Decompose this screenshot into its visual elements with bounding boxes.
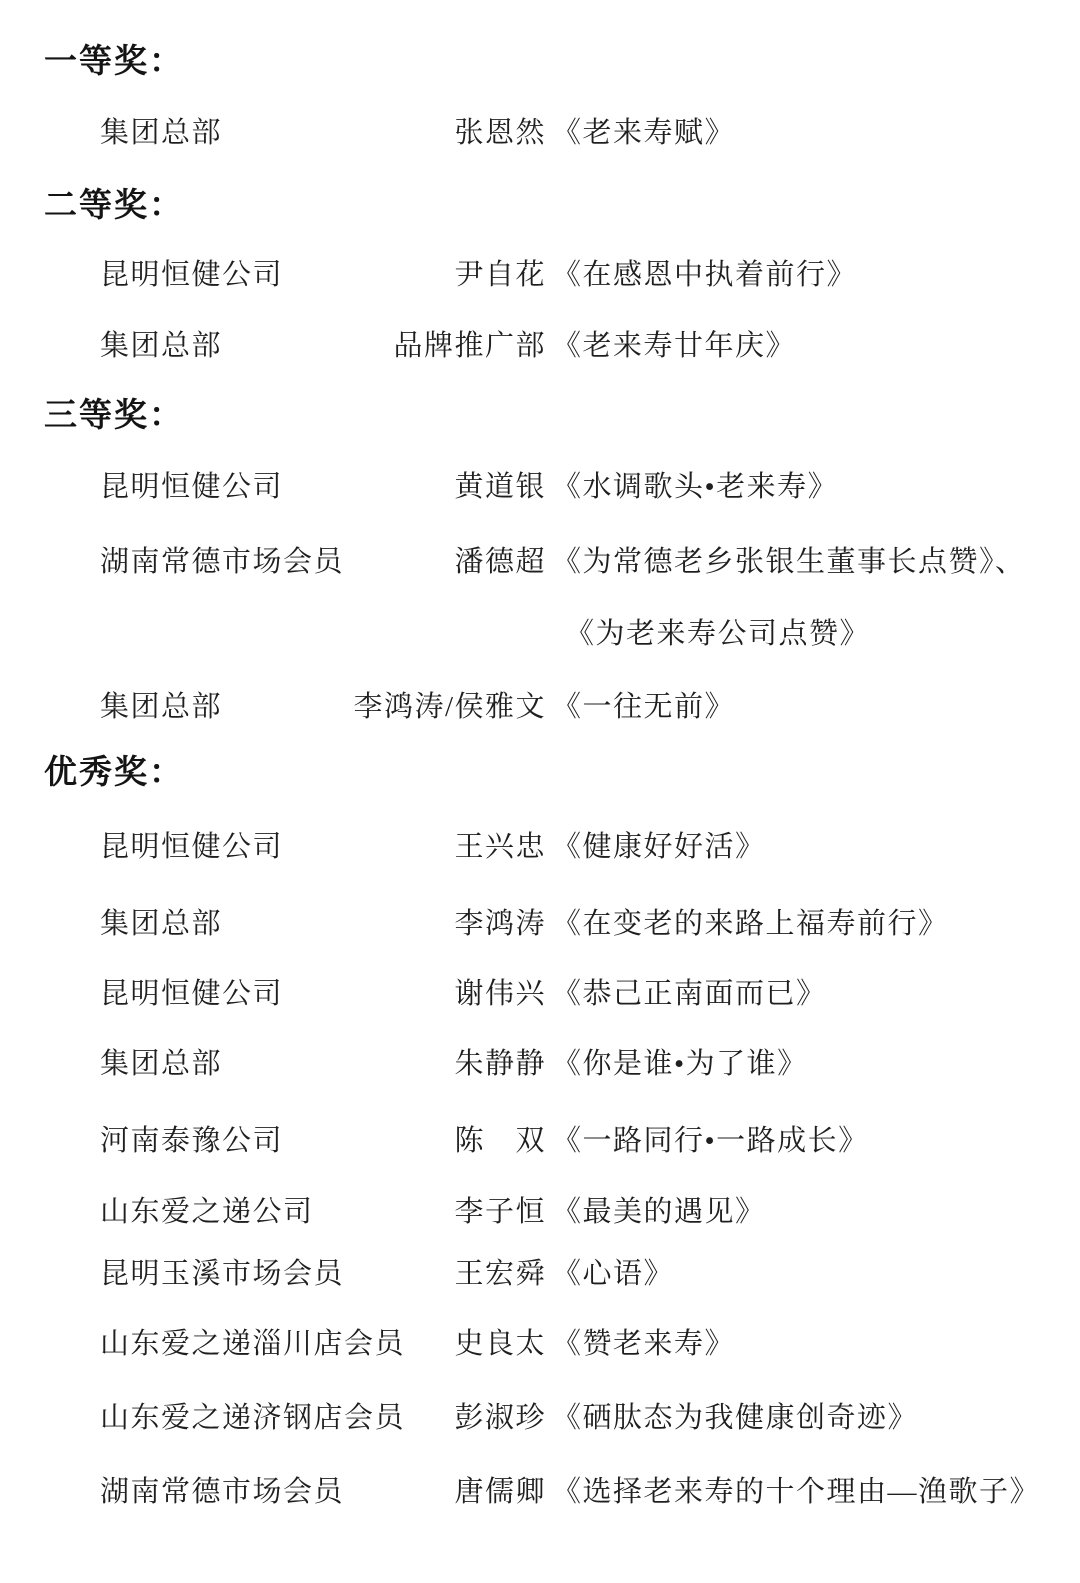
award-row: 山东爱之递济钢店会员 彭淑珍 《硒肽态为我健康创奇迹》 — [0, 1399, 1080, 1437]
recipient-name: 李鸿涛 — [454, 905, 546, 943]
org-name: 集团总部 — [100, 688, 222, 726]
award-row: 山东爱之递淄川店会员 史良太 《赞老来寿》 — [0, 1325, 1080, 1363]
org-name: 河南泰豫公司 — [100, 1122, 283, 1160]
section-header-excellence-award: 优秀奖： — [44, 753, 1080, 793]
work-title: 《一往无前》 — [552, 688, 735, 726]
org-name: 湖南常德市场会员 — [100, 543, 344, 581]
award-row: 集团总部 品牌推广部 《老来寿廿年庆》 — [0, 327, 1080, 365]
award-row: 湖南常德市场会员 潘德超 《为常德老乡张银生董事长点赞》、 — [0, 543, 1080, 581]
org-name: 昆明恒健公司 — [100, 828, 283, 866]
recipient-name: 谢伟兴 — [454, 975, 546, 1013]
section-header-third-prize: 三等奖： — [44, 396, 1080, 436]
award-row: 集团总部 李鸿涛 《在变老的来路上福寿前行》 — [0, 905, 1080, 943]
org-name: 山东爱之递公司 — [100, 1193, 314, 1231]
work-title: 《在感恩中执着前行》 — [552, 256, 857, 294]
work-title-continuation: 《为老来寿公司点赞》 — [565, 615, 870, 653]
recipient-name: 张恩然 — [454, 114, 546, 152]
org-name: 昆明恒健公司 — [100, 468, 283, 506]
work-title: 《赞老来寿》 — [552, 1325, 735, 1363]
work-title: 《为常德老乡张银生董事长点赞》、 — [552, 543, 1026, 581]
recipient-name: 王宏舜 — [454, 1255, 546, 1293]
recipient-name: 彭淑珍 — [454, 1399, 546, 1437]
org-name: 集团总部 — [100, 1045, 222, 1083]
work-title: 《水调歌头•老来寿》 — [552, 468, 838, 506]
work-title: 《健康好好活》 — [552, 828, 766, 866]
recipient-name: 李子恒 — [454, 1193, 546, 1231]
work-title: 《硒肽态为我健康创奇迹》 — [552, 1399, 918, 1437]
recipient-name: 尹自花 — [454, 256, 546, 294]
work-title: 《选择老来寿的十个理由—渔歌子》 — [552, 1473, 1040, 1511]
org-name: 昆明恒健公司 — [100, 256, 283, 294]
award-row-continuation: 《为老来寿公司点赞》 — [0, 615, 1080, 653]
award-row: 河南泰豫公司 陈 双 《一路同行•一路成长》 — [0, 1122, 1080, 1160]
recipient-name: 王兴忠 — [454, 828, 546, 866]
org-name: 山东爱之递淄川店会员 — [100, 1325, 405, 1363]
section-header-first-prize: 一等奖： — [44, 42, 1080, 82]
recipient-name: 唐儒卿 — [454, 1473, 546, 1511]
org-name: 山东爱之递济钢店会员 — [100, 1399, 405, 1437]
recipient-name: 朱静静 — [454, 1045, 546, 1083]
recipient-name: 史良太 — [454, 1325, 546, 1363]
work-title: 《最美的遇见》 — [552, 1193, 766, 1231]
recipient-name: 黄道银 — [454, 468, 546, 506]
work-title: 《一路同行•一路成长》 — [552, 1122, 869, 1160]
work-title: 《恭己正南面而已》 — [552, 975, 827, 1013]
org-name: 昆明玉溪市场会员 — [100, 1255, 344, 1293]
org-name: 昆明恒健公司 — [100, 975, 283, 1013]
org-name: 湖南常德市场会员 — [100, 1473, 344, 1511]
award-row: 集团总部 朱静静 《你是谁•为了谁》 — [0, 1045, 1080, 1083]
recipient-name: 陈 双 — [454, 1122, 546, 1160]
award-row: 昆明恒健公司 黄道银 《水调歌头•老来寿》 — [0, 468, 1080, 506]
recipient-name: 品牌推广部 — [393, 327, 546, 365]
award-row: 昆明恒健公司 尹自花 《在感恩中执着前行》 — [0, 256, 1080, 294]
award-document: 一等奖： 集团总部 张恩然 《老来寿赋》 二等奖： 昆明恒健公司 尹自花 《在感… — [0, 0, 1080, 1583]
work-title: 《在变老的来路上福寿前行》 — [552, 905, 949, 943]
work-title: 《你是谁•为了谁》 — [552, 1045, 808, 1083]
award-row: 湖南常德市场会员 唐儒卿 《选择老来寿的十个理由—渔歌子》 — [0, 1473, 1080, 1511]
award-row: 山东爱之递公司 李子恒 《最美的遇见》 — [0, 1193, 1080, 1231]
award-row: 集团总部 李鸿涛/侯雅文 《一往无前》 — [0, 688, 1080, 726]
work-title: 《老来寿廿年庆》 — [552, 327, 796, 365]
org-name: 集团总部 — [100, 905, 222, 943]
recipient-name: 李鸿涛/侯雅文 — [353, 688, 546, 726]
section-header-second-prize: 二等奖： — [44, 186, 1080, 226]
work-title: 《心语》 — [552, 1255, 674, 1293]
award-row: 昆明恒健公司 谢伟兴 《恭己正南面而已》 — [0, 975, 1080, 1013]
award-row: 昆明玉溪市场会员 王宏舜 《心语》 — [0, 1255, 1080, 1293]
recipient-name: 潘德超 — [454, 543, 546, 581]
work-title: 《老来寿赋》 — [552, 114, 735, 152]
award-row: 昆明恒健公司 王兴忠 《健康好好活》 — [0, 828, 1080, 866]
org-name: 集团总部 — [100, 327, 222, 365]
org-name: 集团总部 — [100, 114, 222, 152]
award-row: 集团总部 张恩然 《老来寿赋》 — [0, 114, 1080, 152]
